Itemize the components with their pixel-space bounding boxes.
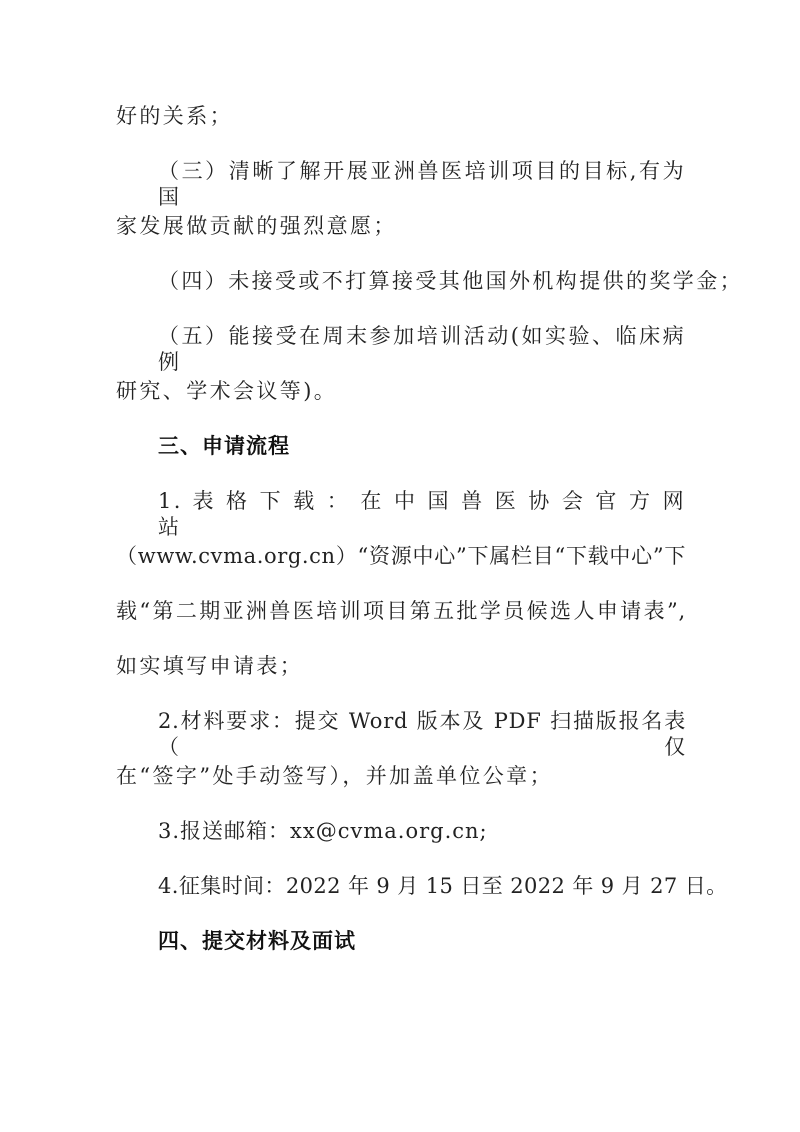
document-page-continued [0, 0, 800, 1132]
